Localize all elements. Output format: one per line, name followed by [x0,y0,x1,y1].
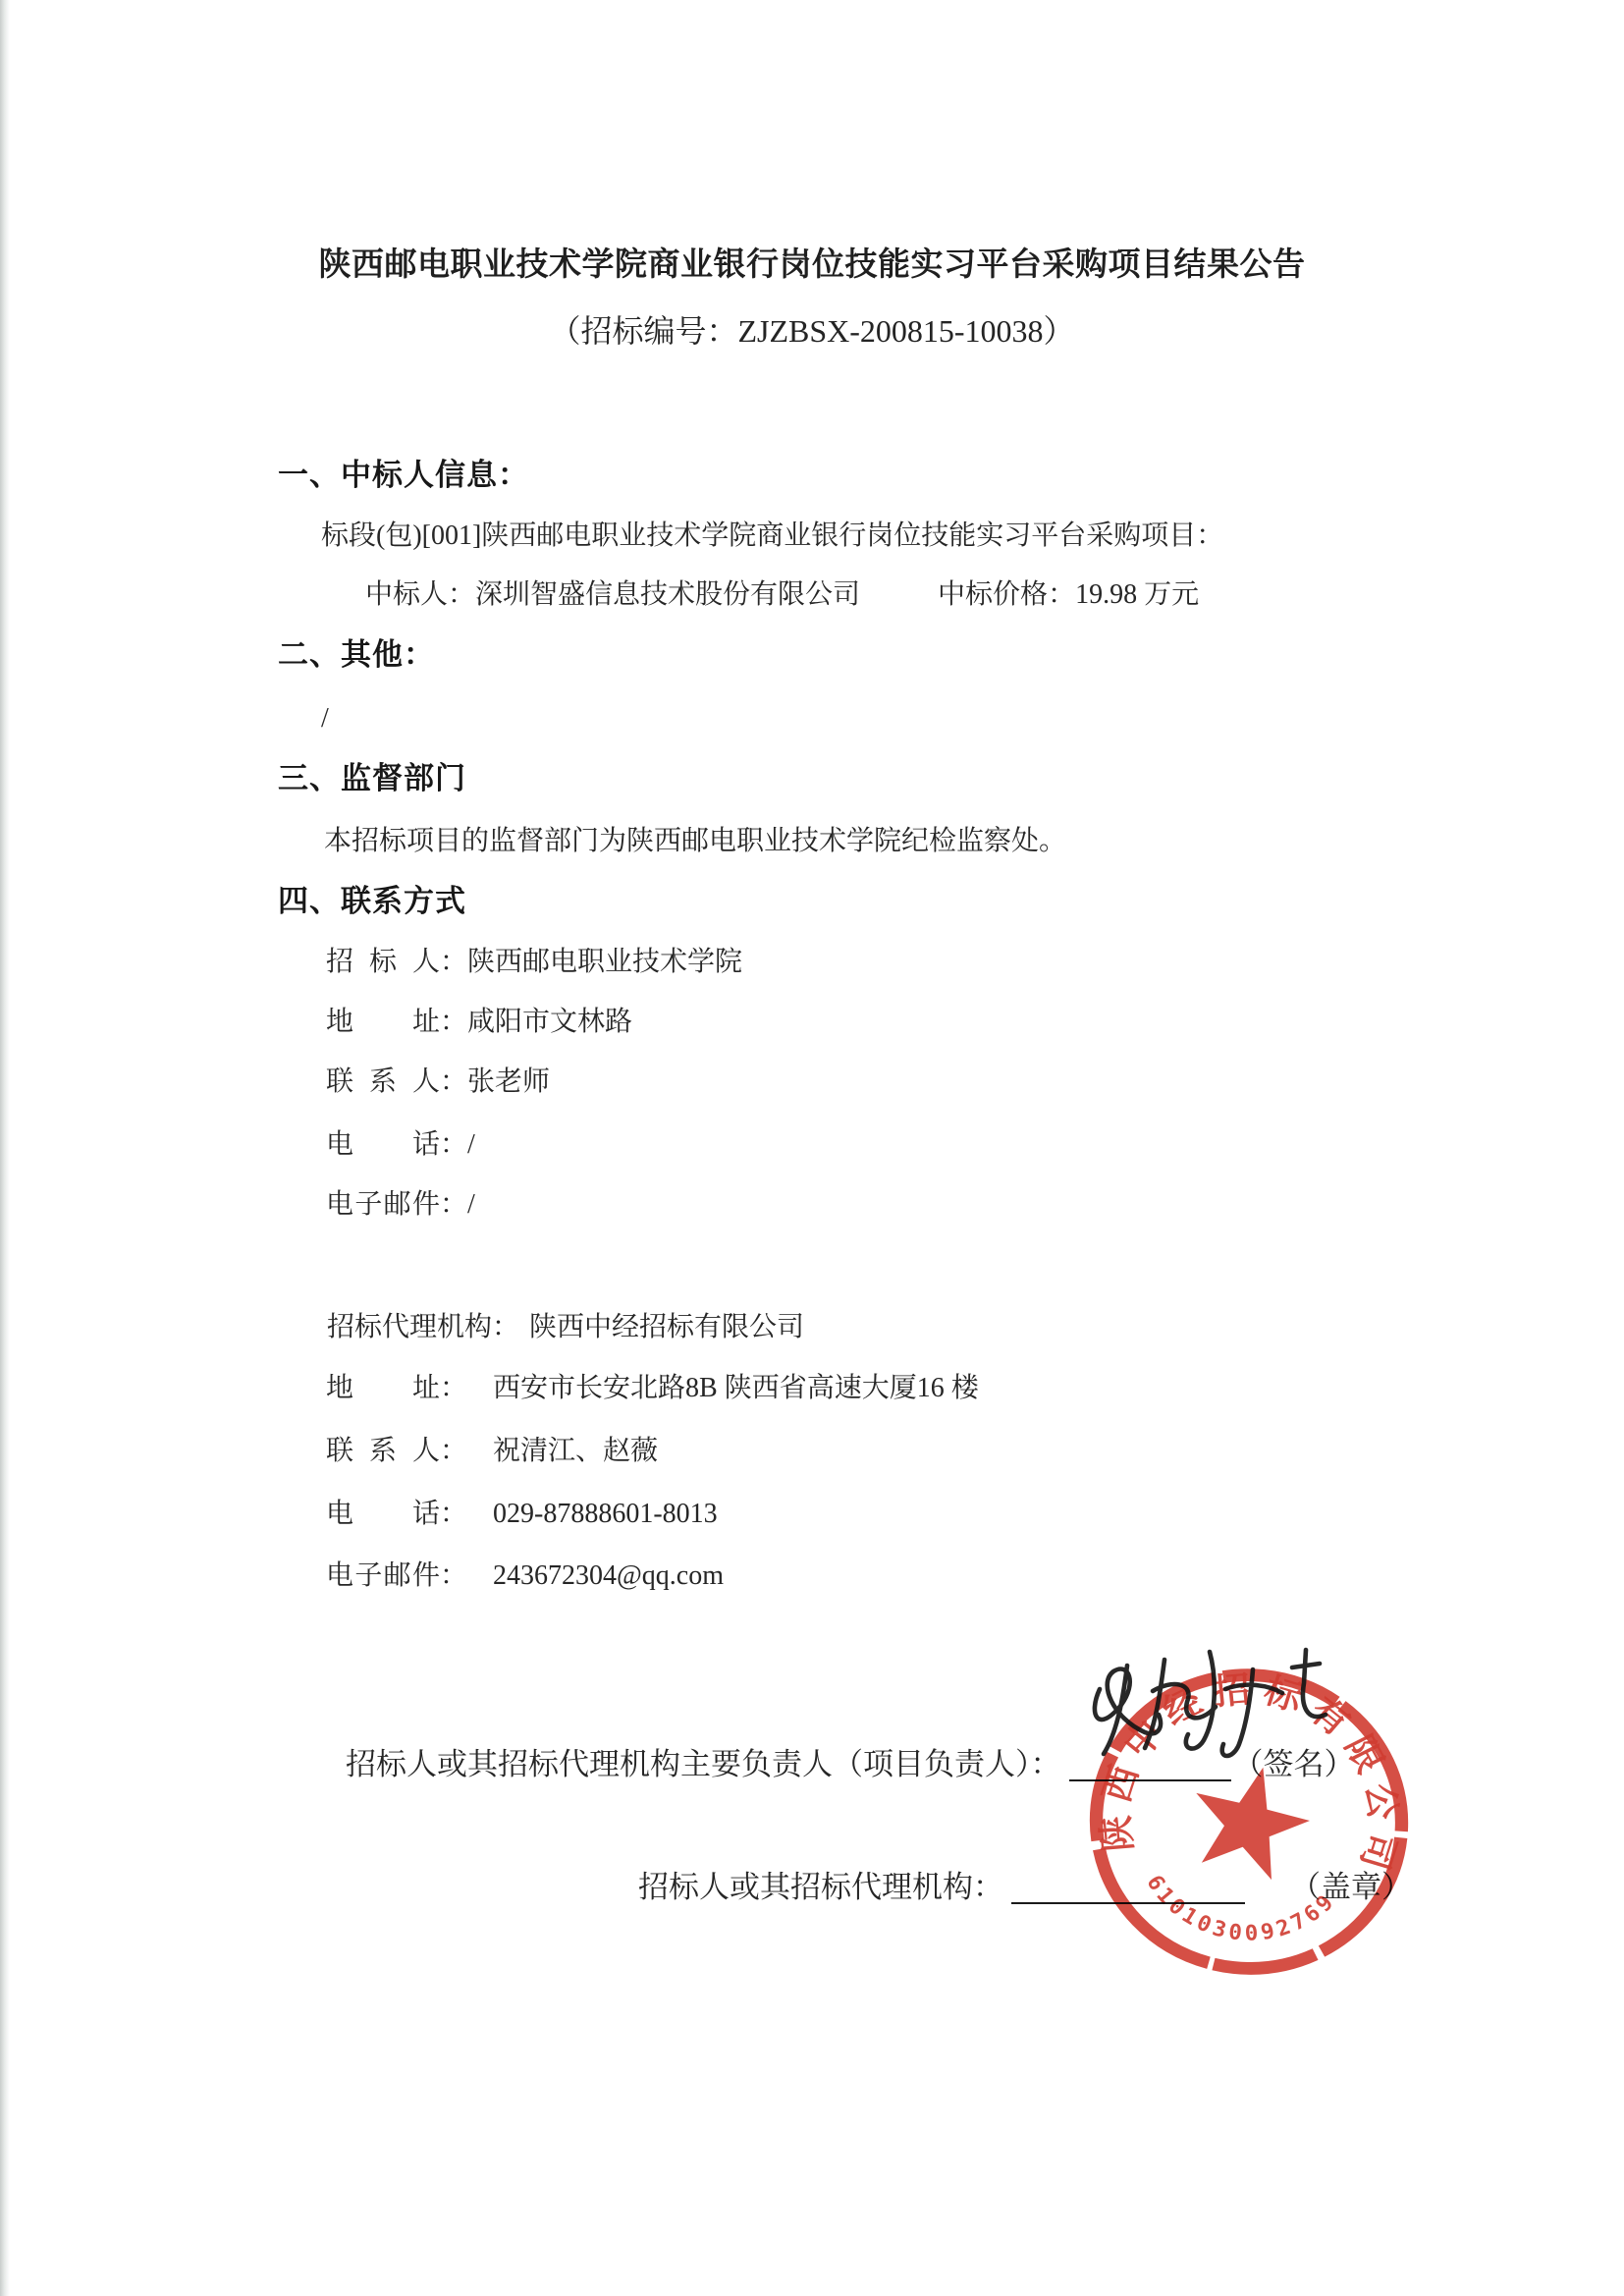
agency-row-value: 029-87888601-8013 [493,1495,718,1534]
section-2-content: / [321,699,329,738]
agency-name: 陕西中经招标有限公司 [529,1308,804,1347]
agency-row: 电话：029-87888601-8013 [326,1495,718,1534]
tenderer-value: / [467,1125,475,1165]
agency-row-value: 243672304@qq.com [493,1557,724,1596]
colon: ： [440,1557,467,1596]
page-title: 陕西邮电职业技术学院商业银行岗位技能实习平台采购项目结果公告 [0,246,1624,285]
document-page: 陕西邮电职业技术学院商业银行岗位技能实习平台采购项目结果公告 （招标编号：ZJZ… [0,0,1624,2296]
tenderer-value: / [467,1185,475,1225]
tenderer-label: 电子邮件 [326,1185,440,1225]
winner-line: 中标人：深圳智盛信息技术股份有限公司 中标价格：19.98 万元 [365,575,1199,615]
handwritten-signature [1070,1638,1345,1785]
tenderer-row: 电子邮件：/ [326,1185,475,1225]
agency-row-value: 西安市长安北路8B 陕西省高速大厦16 楼 [493,1369,979,1408]
colon: ： [440,1003,467,1042]
tenderer-label: 电话 [326,1125,440,1165]
tenderer-value: 陕西邮电职业技术学院 [467,943,742,982]
section-4-heading: 四、联系方式 [278,882,466,921]
signature-line-2-label: 招标人或其招标代理机构： [638,1868,1003,1907]
tenderer-value: 咸阳市文林路 [467,1003,632,1042]
price-value: 19.98 万元 [1075,575,1199,615]
agency-row: 联系人：祝清江、赵薇 [326,1432,658,1471]
agency-row: 地址：西安市长安北路8B 陕西省高速大厦16 楼 [326,1369,979,1408]
agency-name-row: 招标代理机构：陕西中经招标有限公司 [327,1308,804,1347]
agency-row-label: 地址 [326,1369,440,1408]
tenderer-label: 联系人 [326,1063,440,1102]
section-1-heading: 一、中标人信息： [278,456,529,495]
colon: ： [440,1125,467,1165]
tenderer-label: 招标人 [326,943,440,982]
agency-row-value: 祝清江、赵薇 [493,1432,658,1471]
tenderer-row: 招标人：陕西邮电职业技术学院 [326,943,742,982]
agency-row: 电子邮件：243672304@qq.com [326,1557,724,1596]
agency-row-label: 联系人 [326,1432,440,1471]
colon: ： [492,1308,519,1347]
tenderer-row: 联系人：张老师 [326,1063,550,1102]
tenderer-label: 地址 [326,1003,440,1042]
agency-label: 招标代理机构 [327,1312,492,1342]
tender-number-subtitle: （招标编号：ZJZBSX-200815-10038） [0,311,1624,351]
colon: ： [440,1432,467,1471]
colon: ： [440,1369,467,1408]
tenderer-row: 电话：/ [326,1125,475,1165]
winner-name: 深圳智盛信息技术股份有限公司 [475,575,860,615]
tenderer-value: 张老师 [467,1063,550,1102]
agency-row-label: 电话 [326,1495,440,1534]
section-2-heading: 二、其他： [278,635,435,675]
tenderer-row: 地址：咸阳市文林路 [326,1003,632,1042]
colon: ： [448,575,475,615]
colon: ： [1048,575,1075,615]
colon: ： [440,943,467,982]
price-label: 中标价格 [938,579,1048,610]
signature-line-1-label: 招标人或其招标代理机构主要负责人（项目负责人）： [346,1745,1061,1784]
winner-label: 中标人 [365,579,448,610]
agency-row-label: 电子邮件 [326,1557,440,1596]
colon: ： [440,1063,467,1102]
colon: ： [440,1495,467,1534]
section-3-heading: 三、监督部门 [278,759,466,798]
lot-line: 标段(包)[001]陕西邮电职业技术学院商业银行岗位技能实习平台采购项目： [321,517,1223,556]
supervision-text: 本招标项目的监督部门为陕西邮电职业技术学院纪检监察处。 [324,822,1066,861]
colon: ： [440,1185,467,1225]
